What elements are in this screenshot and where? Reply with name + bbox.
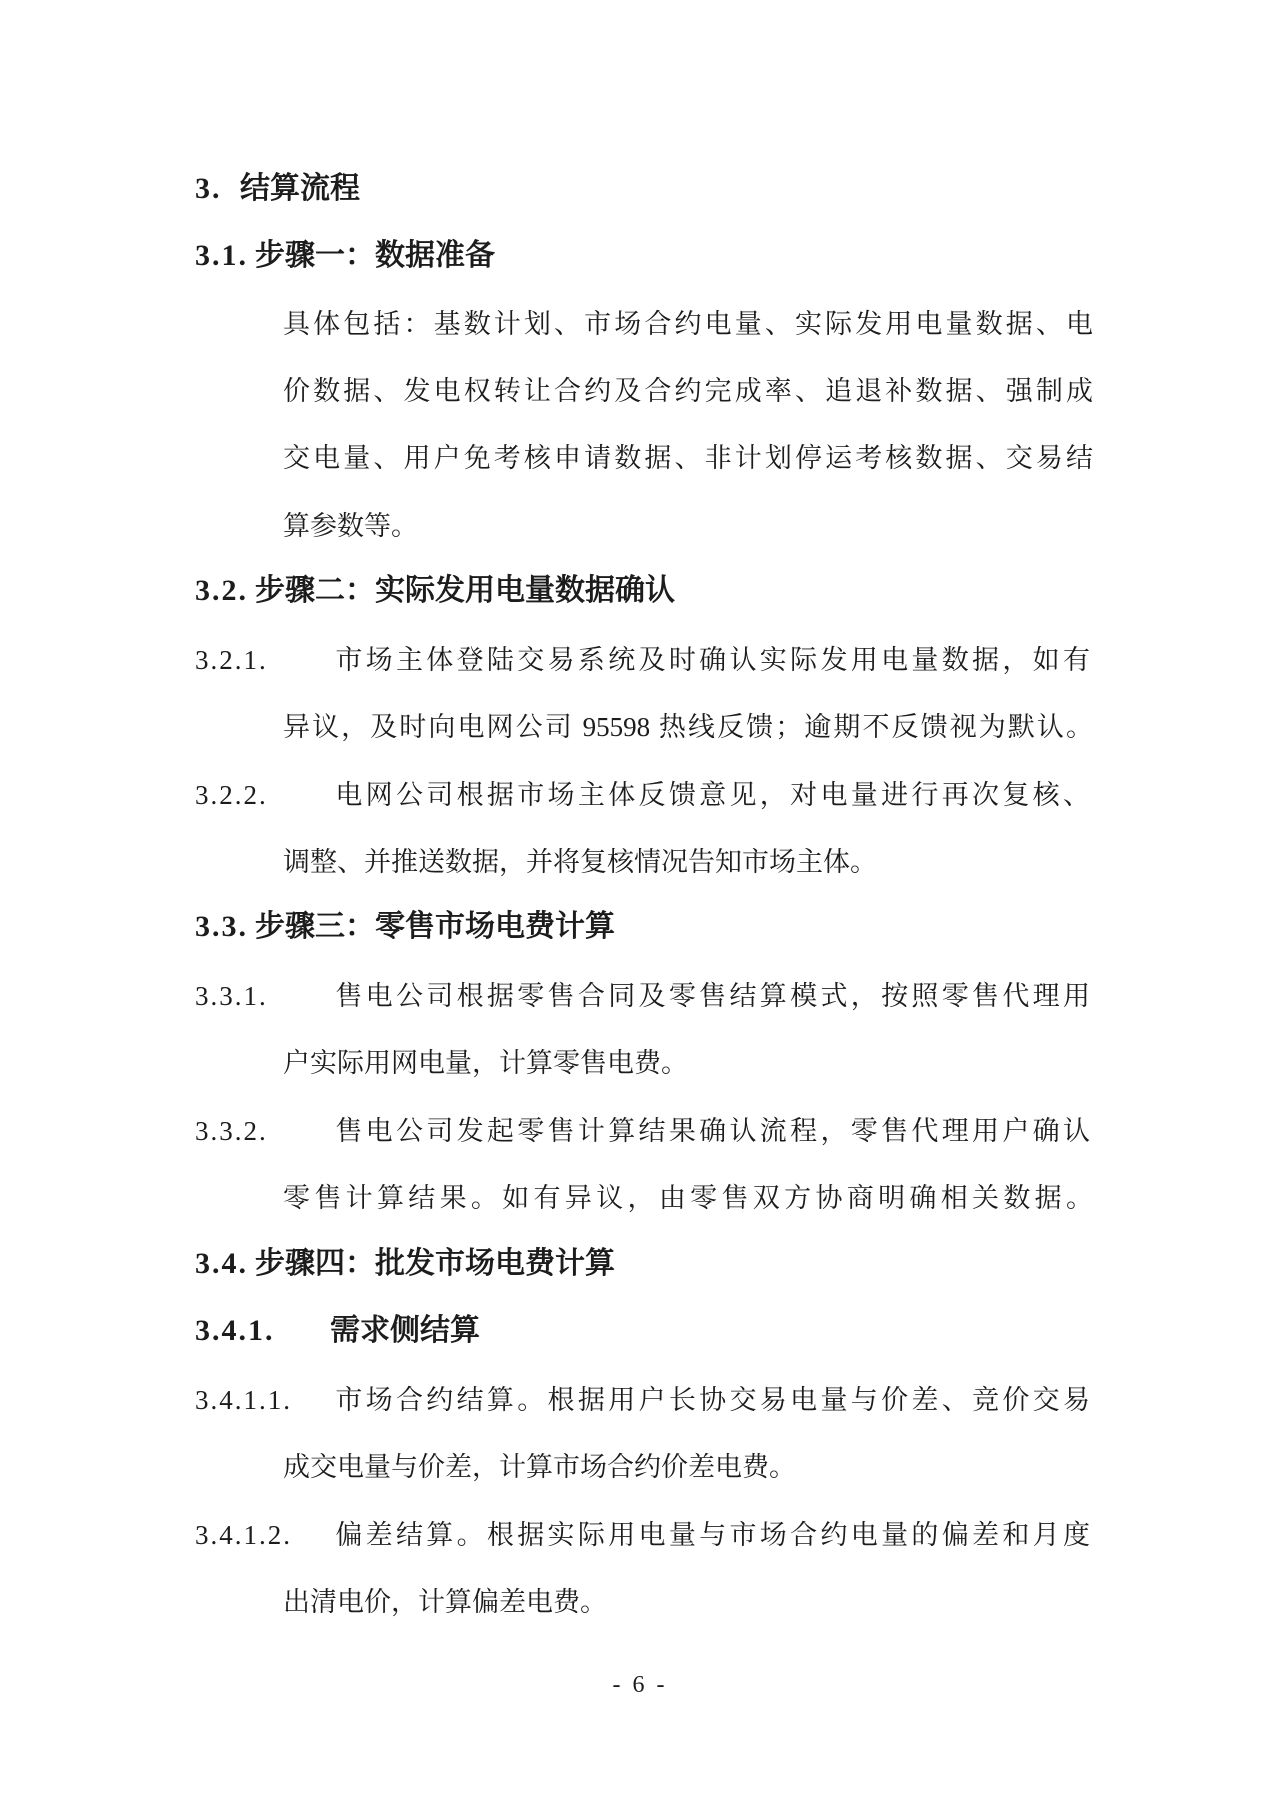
item-3-4-1-1-text: 市场合约结算。根据用户长协交易电量与价差、竞价交易 (332, 1385, 1090, 1415)
heading-3-1: 3.1.步骤一：数据准备 (195, 237, 1090, 281)
heading-3-4-number: 3.4. (195, 1245, 255, 1283)
item-3-3-1-text: 售电公司根据零售合同及零售结算模式，按照零售代理用 (332, 981, 1090, 1011)
heading-3-text: 结算流程 (240, 172, 360, 205)
heading-3-1-text: 步骤一：数据准备 (255, 239, 495, 272)
heading-3-3-number: 3.3. (195, 908, 255, 946)
item-3-3-2-text: 售电公司发起零售计算结果确认流程，零售代理用户确认 (332, 1116, 1090, 1146)
para-3-1-line-1: 具体包括：基数计划、市场合约电量、实际发用电量数据、电 (283, 305, 1093, 349)
heading-3-2-text: 步骤二：实际发用电量数据确认 (255, 574, 675, 607)
heading-3-number: 3. (195, 170, 240, 208)
item-3-2-2-line-1: 3.2.2.电网公司根据市场主体反馈意见，对电量进行再次复核、 (195, 776, 1090, 820)
heading-3-4-1: 3.4.1.需求侧结算 (195, 1312, 1090, 1356)
item-3-3-2-number: 3.3.2. (195, 1112, 332, 1150)
item-3-2-2-text: 电网公司根据市场主体反馈意见，对电量进行再次复核、 (332, 780, 1090, 810)
heading-3-4-1-text: 需求侧结算 (330, 1314, 480, 1347)
item-3-2-2-number: 3.2.2. (195, 776, 332, 814)
para-3-1-line-2: 价数据、发电权转让合约及合约完成率、追退补数据、强制成 (283, 372, 1093, 416)
item-3-2-1-line-1: 3.2.1.市场主体登陆交易系统及时确认实际发用电量数据，如有 (195, 641, 1090, 685)
item-3-3-2-line-1: 3.3.2.售电公司发起零售计算结果确认流程，零售代理用户确认 (195, 1112, 1090, 1156)
document-page: 3.结算流程 3.1.步骤一：数据准备 具体包括：基数计划、市场合约电量、实际发… (0, 0, 1280, 1809)
heading-3: 3.结算流程 (195, 170, 1090, 214)
item-3-3-1-line-1: 3.3.1.售电公司根据零售合同及零售结算模式，按照零售代理用 (195, 977, 1090, 1021)
page-number: - 6 - (0, 1672, 1280, 1699)
item-3-3-1-line-2: 户实际用网电量，计算零售电费。 (283, 1044, 1093, 1088)
item-3-2-1-text: 市场主体登陆交易系统及时确认实际发用电量数据，如有 (332, 645, 1090, 675)
item-3-3-2-line-2: 零售计算结果。如有异议，由零售双方协商明确相关数据。 (283, 1179, 1093, 1223)
item-3-4-1-2-number: 3.4.1.2. (195, 1516, 332, 1554)
item-3-4-1-1-line-2: 成交电量与价差，计算市场合约价差电费。 (283, 1448, 1093, 1492)
heading-3-3: 3.3.步骤三：零售市场电费计算 (195, 908, 1090, 952)
heading-3-4-text: 步骤四：批发市场电费计算 (255, 1247, 615, 1280)
heading-3-2-number: 3.2. (195, 572, 255, 610)
item-3-4-1-1-line-1: 3.4.1.1.市场合约结算。根据用户长协交易电量与价差、竞价交易 (195, 1381, 1090, 1425)
heading-3-1-number: 3.1. (195, 237, 255, 275)
para-3-1-line-3: 交电量、用户免考核申请数据、非计划停运考核数据、交易结 (283, 439, 1093, 483)
item-3-4-1-2-line-1: 3.4.1.2.偏差结算。根据实际用电量与市场合约电量的偏差和月度 (195, 1516, 1090, 1560)
item-3-4-1-2-line-2: 出清电价，计算偏差电费。 (283, 1583, 1093, 1627)
item-3-2-1-line-2: 异议，及时向电网公司 95598 热线反馈；逾期不反馈视为默认。 (283, 708, 1093, 752)
heading-3-4: 3.4.步骤四：批发市场电费计算 (195, 1245, 1090, 1289)
item-3-2-1-number: 3.2.1. (195, 641, 332, 679)
item-3-2-2-line-2: 调整、并推送数据，并将复核情况告知市场主体。 (283, 843, 1093, 887)
heading-3-3-text: 步骤三：零售市场电费计算 (255, 910, 615, 943)
item-3-4-1-1-number: 3.4.1.1. (195, 1381, 332, 1419)
para-3-1-line-4: 算参数等。 (283, 507, 1093, 551)
heading-3-4-1-number: 3.4.1. (195, 1312, 330, 1350)
item-3-4-1-2-text: 偏差结算。根据实际用电量与市场合约电量的偏差和月度 (332, 1520, 1090, 1550)
item-3-3-1-number: 3.3.1. (195, 977, 332, 1015)
heading-3-2: 3.2.步骤二：实际发用电量数据确认 (195, 572, 1090, 616)
